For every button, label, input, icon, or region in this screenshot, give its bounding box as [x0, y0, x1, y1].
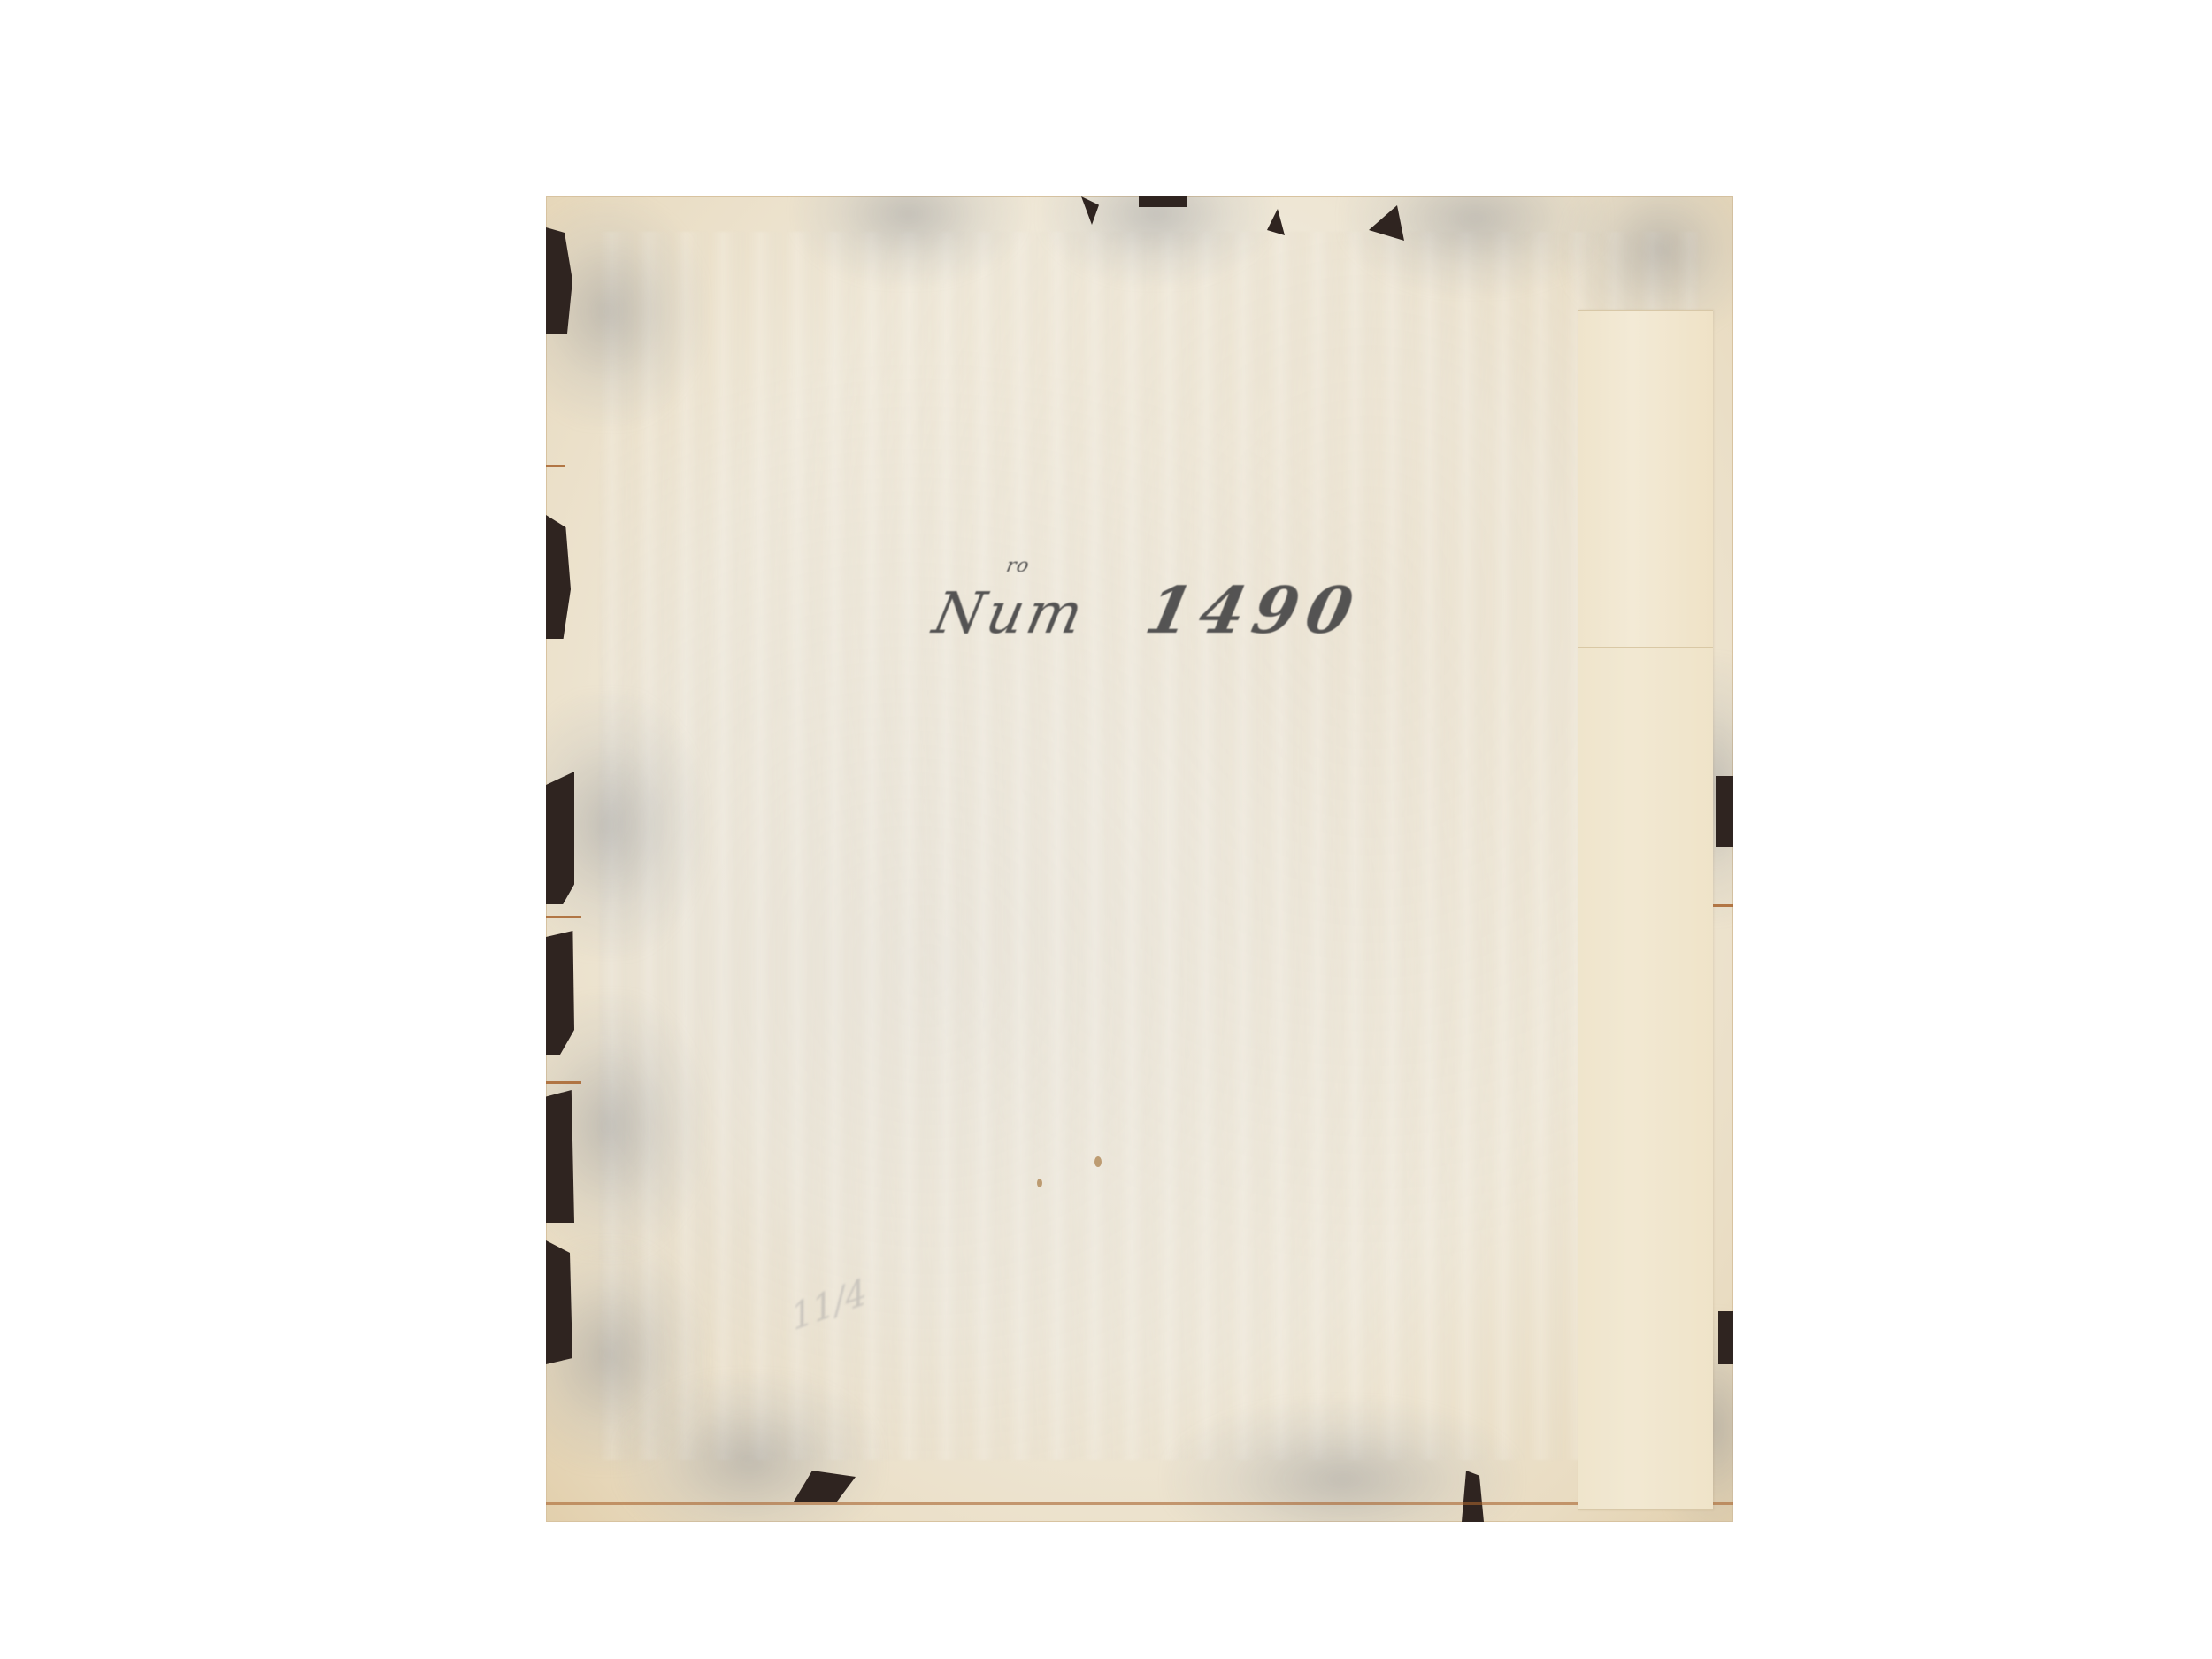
edge-halo	[794, 196, 1024, 285]
rule-line	[546, 1081, 581, 1084]
ink-remnant	[1139, 196, 1187, 207]
edge-halo	[617, 1373, 882, 1522]
ink-remnant	[546, 931, 574, 1055]
ink-remnant	[546, 1240, 572, 1364]
edge-halo	[1041, 196, 1271, 285]
tissue-backing	[599, 232, 1698, 1460]
stain-spot	[1037, 1179, 1042, 1187]
ink-remnant	[546, 1090, 574, 1223]
pasted-strip	[1578, 310, 1713, 1510]
edge-halo	[546, 196, 705, 426]
annotation-superscript: ro	[1004, 555, 1032, 577]
abbreviation-text: Num	[927, 581, 1092, 647]
ink-remnant	[1718, 1311, 1733, 1364]
stain-spot	[1094, 1156, 1102, 1167]
annotation-abbreviation: Num ro	[927, 581, 1092, 647]
rule-line	[546, 465, 565, 467]
rule-line	[546, 916, 581, 918]
ink-remnant	[546, 515, 571, 639]
handwritten-annotation: Num ro 1490	[927, 572, 1368, 648]
ink-remnant	[1716, 776, 1733, 847]
paper-sheet: Num ro 1490 11/4	[546, 196, 1733, 1522]
rule-line	[546, 1502, 1733, 1505]
ink-remnant	[546, 772, 574, 904]
image-canvas: Num ro 1490 11/4	[0, 0, 2212, 1659]
strip-overlay	[1578, 647, 1713, 1509]
inventory-number: 1490	[1140, 572, 1368, 648]
